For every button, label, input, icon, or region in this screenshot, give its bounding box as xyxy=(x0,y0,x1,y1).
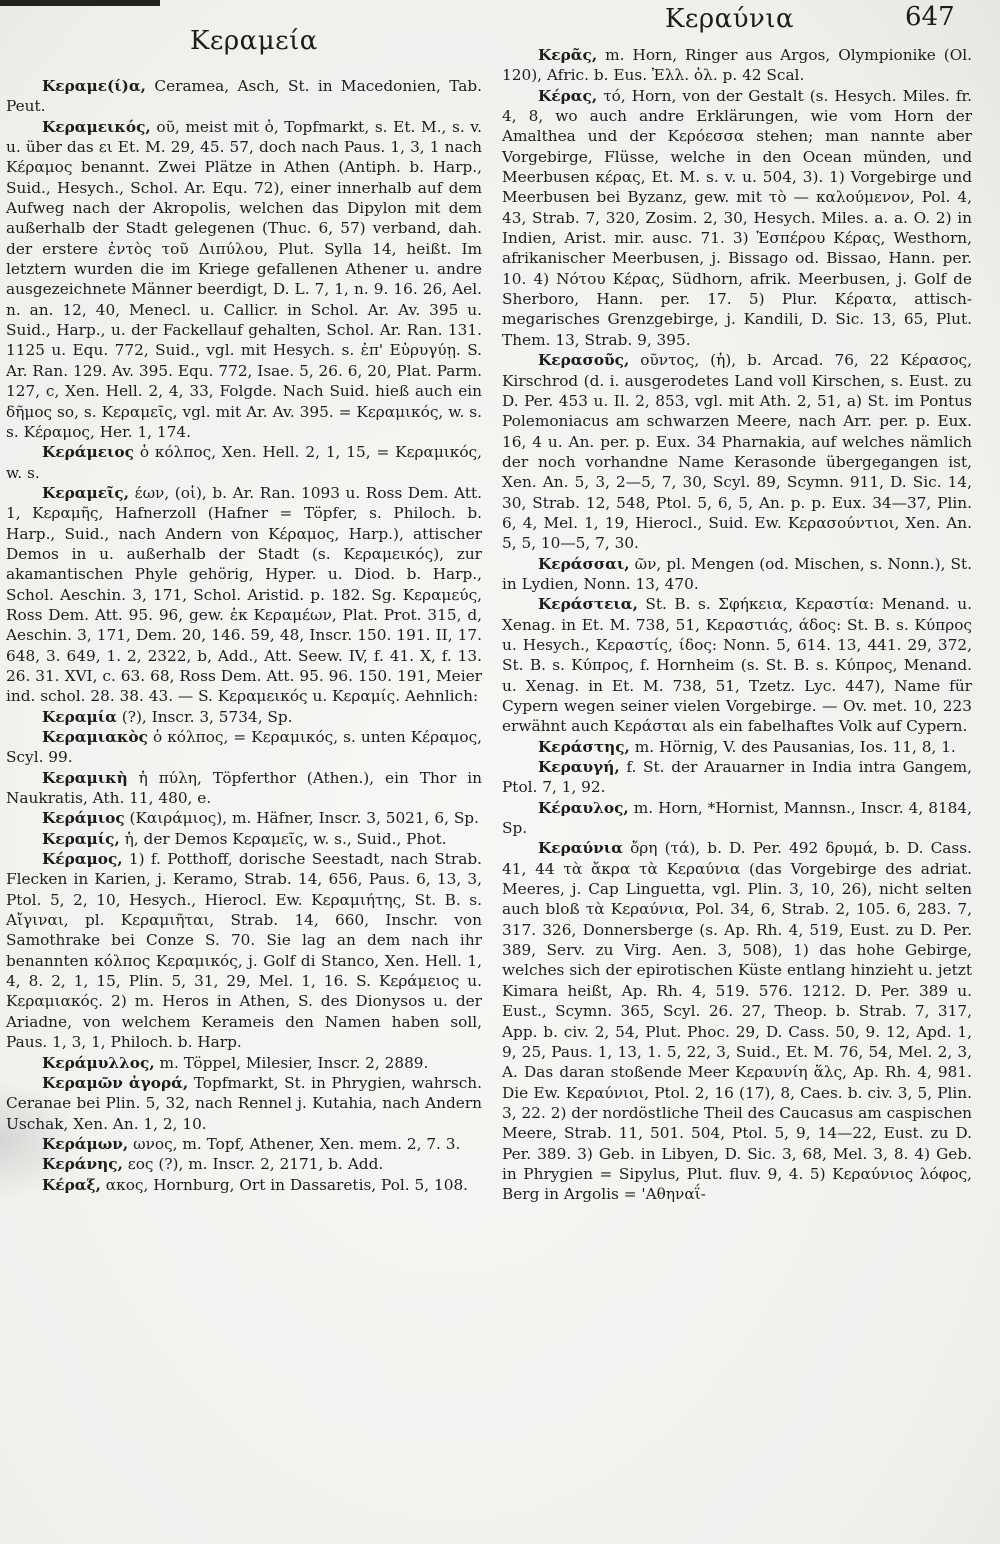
entry-text: οῦντος, (ἡ), b. Arcad. 76, 22 Κέρασος, K… xyxy=(502,351,972,552)
dictionary-entry: Κεράμυλλος, m. Töppel, Milesier, Inscr. … xyxy=(6,1053,482,1073)
dictionary-entry: Κεραμία (?), Inscr. 3, 5734, Sp. xyxy=(6,707,482,727)
dictionary-entry: Κερᾶς, m. Horn, Ringer aus Argos, Olympi… xyxy=(502,45,972,86)
entry-headword: Κεράμειος xyxy=(42,443,134,461)
entry-headword: Κερασοῦς, xyxy=(538,351,629,369)
dictionary-entry: Κεραμῶν ἀγορά, Topfmarkt, St. in Phrygie… xyxy=(6,1073,482,1134)
entry-headword: Κεραμίς, xyxy=(42,830,120,848)
entry-text: m. Töppel, Milesier, Inscr. 2, 2889. xyxy=(155,1054,429,1072)
entry-headword: Κερᾶς, xyxy=(538,46,597,64)
entry-headword: Κεραμιακὸς xyxy=(42,728,148,746)
dictionary-entry: Κεραμιακὸς ὁ κόλπος, = Κεραμικός, s. unt… xyxy=(6,727,482,768)
entry-text: ωνος, m. Topf, Athener, Xen. mem. 2, 7. … xyxy=(128,1135,460,1153)
page-number: 647 xyxy=(905,2,955,32)
entry-headword: Κεραμεῖς, xyxy=(42,484,129,502)
entry-headword: Κεραύνια xyxy=(538,839,623,857)
entry-text: ακος, Hornburg, Ort in Dassaretis, Pol. … xyxy=(101,1176,468,1194)
entry-text: (Καιράμιος), m. Häfner, Inscr. 3, 5021, … xyxy=(125,809,479,827)
dictionary-entry: Κεραμε(ί)α, Ceramea, Asch, St. in Macedo… xyxy=(6,76,482,117)
entry-headword: Κεραμεικός, xyxy=(42,118,151,136)
entry-text: οῦ, meist mit ὁ, Topfmarkt, s. Et. M., s… xyxy=(6,118,482,441)
entry-text: 1) f. Potthoff, dorische Seestadt, nach … xyxy=(6,850,482,1051)
dictionary-entry: Κεράμιος (Καιράμιος), m. Häfner, Inscr. … xyxy=(6,808,482,828)
dictionary-entry: Κέραυλος, m. Horn, *Hornist, Mannsn., In… xyxy=(502,798,972,839)
entry-text: m. Hörnig, V. des Pausanias, Ios. 11, 8,… xyxy=(630,738,956,756)
dictionary-entry: Κεραμεικός, οῦ, meist mit ὁ, Topfmarkt, … xyxy=(6,117,482,443)
dictionary-entry: Κεράμων, ωνος, m. Topf, Athener, Xen. me… xyxy=(6,1134,482,1154)
entry-headword: Κεραμε(ί)α, xyxy=(42,77,146,95)
entry-text: ἡ, der Demos Κεραμεῖς, w. s., Suid., Pho… xyxy=(120,830,447,848)
entry-text: ὄρη (τά), b. D. Per. 492 δρυμά, b. D. Ca… xyxy=(502,839,972,1203)
dictionary-entry: Κέραξ, ακος, Hornburg, Ort in Dassaretis… xyxy=(6,1175,482,1195)
left-column: Κεραμε(ί)α, Ceramea, Asch, St. in Macedo… xyxy=(6,76,482,1195)
entry-headword: Κεράμυλλος, xyxy=(42,1054,155,1072)
entry-headword: Κεράνης, xyxy=(42,1155,123,1173)
dictionary-entry: Κεράσσαι, ῶν, pl. Mengen (od. Mischen, s… xyxy=(502,554,972,595)
dictionary-entry: Κεράστεια, St. B. s. Σφήκεια, Κεραστία: … xyxy=(502,594,972,736)
entry-headword: Κεράμιος xyxy=(42,809,125,827)
entry-headword: Κέραξ, xyxy=(42,1176,101,1194)
entry-headword: Κεραμῶν ἀγορά, xyxy=(42,1074,188,1092)
entry-text: εος (?), m. Inscr. 2, 2171, b. Add. xyxy=(123,1155,383,1173)
dictionary-entry: Κέρας, τό, Horn, von der Gestalt (s. Hes… xyxy=(502,86,972,350)
left-running-head: Κεραμεία xyxy=(190,26,318,56)
dictionary-entry: Κεραμικὴ ἡ πύλη, Töpferthor (Athen.), ei… xyxy=(6,768,482,809)
right-running-head: Κεραύνια xyxy=(665,4,794,34)
right-column: Κερᾶς, m. Horn, Ringer aus Argos, Olympi… xyxy=(502,45,972,1205)
entry-text: έων, (οἱ), b. Ar. Ran. 1093 u. Ross Dem.… xyxy=(6,484,482,705)
dictionary-entry: Κεράνης, εος (?), m. Inscr. 2, 2171, b. … xyxy=(6,1154,482,1174)
entry-headword: Κεραμία xyxy=(42,708,117,726)
dictionary-entry: Κερασοῦς, οῦντος, (ἡ), b. Arcad. 76, 22 … xyxy=(502,350,972,553)
entry-headword: Κεραμικὴ xyxy=(42,769,128,787)
entry-headword: Κέραμος, xyxy=(42,850,123,868)
dictionary-entry: Κεράστης, m. Hörnig, V. des Pausanias, I… xyxy=(502,737,972,757)
dictionary-entry: Κεραμίς, ἡ, der Demos Κεραμεῖς, w. s., S… xyxy=(6,829,482,849)
entry-headword: Κεράσσαι, xyxy=(538,555,630,573)
dictionary-page: Κεραμεία Κεραύνια 647 Κεραμε(ί)α, Cerame… xyxy=(0,0,1000,1544)
entry-headword: Κεράστεια, xyxy=(538,595,638,613)
entry-headword: Κεραυγή, xyxy=(538,758,620,776)
dictionary-entry: Κεραύνια ὄρη (τά), b. D. Per. 492 δρυμά,… xyxy=(502,838,972,1204)
dictionary-entry: Κεραμεῖς, έων, (οἱ), b. Ar. Ran. 1093 u.… xyxy=(6,483,482,707)
entry-headword: Κέρας, xyxy=(538,87,597,105)
dictionary-entry: Κεραυγή, f. St. der Arauarner in India i… xyxy=(502,757,972,798)
dictionary-entry: Κεράμειος ὁ κόλπος, Xen. Hell. 2, 1, 15,… xyxy=(6,442,482,483)
entry-text: τό, Horn, von der Gestalt (s. Hesych. Mi… xyxy=(502,87,972,349)
entry-headword: Κεράστης, xyxy=(538,738,630,756)
entry-text: St. B. s. Σφήκεια, Κεραστία: Menand. u. … xyxy=(502,595,972,735)
entry-text: (?), Inscr. 3, 5734, Sp. xyxy=(117,708,293,726)
entry-headword: Κέραυλος, xyxy=(538,799,629,817)
entry-headword: Κεράμων, xyxy=(42,1135,128,1153)
dictionary-entry: Κέραμος, 1) f. Potthoff, dorische Seesta… xyxy=(6,849,482,1052)
